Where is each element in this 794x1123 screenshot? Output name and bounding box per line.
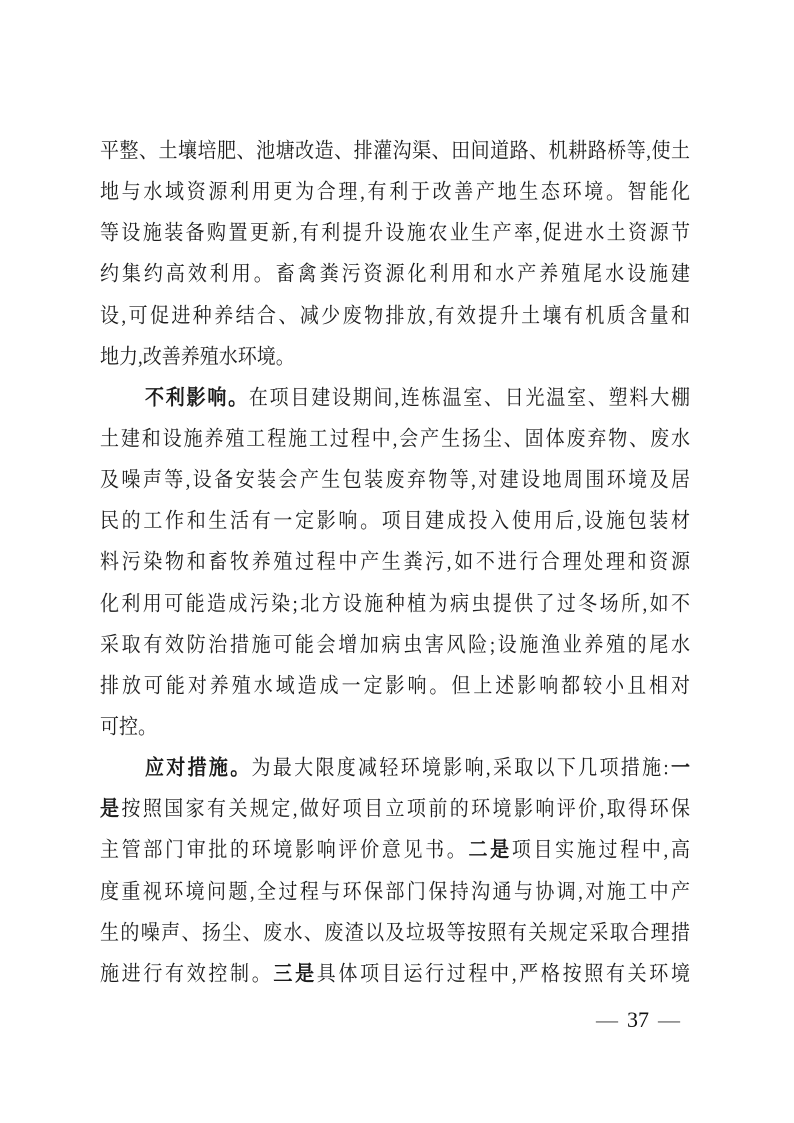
bold-text-segment: 是: [100, 798, 121, 822]
bold-text-segment: 不利影响。: [145, 387, 249, 411]
text-line: 民的工作和生活有一定影响。项目建成投入使用后,设施包装材: [100, 499, 690, 545]
text-line: 等设施装备购置更新,有利提升设施农业生产率,促进水土资源节: [100, 211, 690, 257]
footer-dash-left: —: [596, 1009, 618, 1031]
text-segment: 民的工作和生活有一定影响。项目建成投入使用后,设施包装材: [100, 510, 690, 534]
text-segment: 在项目建设期间,连栋温室、日光温室、塑料大棚: [249, 387, 690, 411]
text-line: 地与水域资源利用更为合理,有利于改善产地生态环境。智能化: [100, 170, 690, 216]
text-line: 生的噪声、扬尘、废水、废渣以及垃圾等按照有关规定采取合理措: [100, 910, 690, 956]
text-line: 应对措施。为最大限度减轻环境影响,采取以下几项措施:一: [100, 746, 690, 792]
text-line: 及噪声等,设备安装会产生包装废弃物等,对建设地周围环境及居: [100, 458, 690, 504]
text-segment: 按照国家有关规定,做好项目立项前的环境影响评价,取得环保: [121, 798, 690, 822]
text-line: 设,可促进种养结合、减少废物排放,有效提升土壤有机质含量和: [100, 293, 690, 339]
text-segment: 平整、土壤培肥、池塘改造、排灌沟渠、田间道路、机耕路桥等,使土: [100, 140, 690, 164]
text-segment: 化利用可能造成污染;北方设施种植为病虫提供了过冬场所,如不: [100, 592, 690, 616]
text-segment: 约集约高效利用。畜禽粪污资源化利用和水产养殖尾水设施建: [100, 263, 690, 287]
bold-text-segment: 二是: [468, 839, 511, 863]
paragraph: 不利影响。在项目建设期间,连栋温室、日光温室、塑料大棚土建和设施养殖工程施工过程…: [100, 378, 690, 748]
text-segment: 施进行有效控制。: [100, 963, 273, 987]
document-page: 平整、土壤培肥、池塘改造、排灌沟渠、田间道路、机耕路桥等,使土地与水域资源利用更…: [0, 0, 794, 1123]
bold-text-segment: 三是: [273, 963, 316, 987]
text-line: 化利用可能造成污染;北方设施种植为病虫提供了过冬场所,如不: [100, 581, 690, 627]
text-line: 地力,改善养殖水环境。: [100, 334, 690, 380]
text-line: 排放可能对养殖水域造成一定影响。但上述影响都较小且相对: [100, 663, 690, 709]
text-line: 不利影响。在项目建设期间,连栋温室、日光温室、塑料大棚: [100, 375, 690, 421]
text-segment: 度重视环境问题,全过程与环保部门保持沟通与协调,对施工中产: [100, 880, 690, 904]
text-line: 平整、土壤培肥、池塘改造、排灌沟渠、田间道路、机耕路桥等,使土: [100, 129, 690, 175]
footer-dash-right: —: [658, 1009, 680, 1031]
text-line: 施进行有效控制。三是具体项目运行过程中,严格按照有关环境: [100, 951, 690, 997]
text-segment: 土建和设施养殖工程施工过程中,会产生扬尘、固体废弃物、废水: [100, 428, 690, 452]
text-segment: 生的噪声、扬尘、废水、废渣以及垃圾等按照有关规定采取合理措: [100, 921, 690, 945]
text-line: 土建和设施养殖工程施工过程中,会产生扬尘、固体废弃物、废水: [100, 417, 690, 463]
text-line: 约集约高效利用。畜禽粪污资源化利用和水产养殖尾水设施建: [100, 252, 690, 298]
bold-text-segment: 一: [669, 757, 690, 781]
text-segment: 地力,改善养殖水环境。: [100, 345, 295, 369]
text-segment: 具体项目运行过程中,严格按照有关环境: [317, 963, 690, 987]
bold-text-segment: 应对措施。: [145, 757, 252, 781]
body-text-block: 平整、土壤培肥、池塘改造、排灌沟渠、田间道路、机耕路桥等,使土地与水域资源利用更…: [100, 131, 690, 995]
page-number: 37: [627, 1007, 649, 1033]
text-line: 是按照国家有关规定,做好项目立项前的环境影响评价,取得环保: [100, 787, 690, 833]
text-segment: 料污染物和畜牧养殖过程中产生粪污,如不进行合理处理和资源: [100, 551, 690, 575]
text-segment: 项目实施过程中,高: [512, 839, 690, 863]
text-segment: 主管部门审批的环境影响评价意见书。: [100, 839, 468, 863]
paragraph: 平整、土壤培肥、池塘改造、排灌沟渠、田间道路、机耕路桥等,使土地与水域资源利用更…: [100, 131, 690, 378]
text-segment: 采取有效防治措施可能会增加病虫害风险;设施渔业养殖的尾水: [100, 633, 690, 657]
text-segment: 及噪声等,设备安装会产生包装废弃物等,对建设地周围环境及居: [100, 469, 690, 493]
paragraph: 应对措施。为最大限度减轻环境影响,采取以下几项措施:一是按照国家有关规定,做好项…: [100, 748, 690, 995]
text-segment: 为最大限度减轻环境影响,采取以下几项措施:: [252, 757, 669, 781]
text-segment: 设,可促进种养结合、减少废物排放,有效提升土壤有机质含量和: [100, 304, 690, 328]
page-footer: — 37 —: [596, 1007, 680, 1033]
text-line: 料污染物和畜牧养殖过程中产生粪污,如不进行合理处理和资源: [100, 540, 690, 586]
text-line: 度重视环境问题,全过程与环保部门保持沟通与协调,对施工中产: [100, 869, 690, 915]
text-line: 主管部门审批的环境影响评价意见书。二是项目实施过程中,高: [100, 828, 690, 874]
text-segment: 地与水域资源利用更为合理,有利于改善产地生态环境。智能化: [100, 181, 690, 205]
text-segment: 排放可能对养殖水域造成一定影响。但上述影响都较小且相对: [100, 675, 690, 699]
text-line: 可控。: [100, 705, 690, 751]
text-segment: 等设施装备购置更新,有利提升设施农业生产率,促进水土资源节: [100, 222, 690, 246]
text-line: 采取有效防治措施可能会增加病虫害风险;设施渔业养殖的尾水: [100, 622, 690, 668]
text-segment: 可控。: [100, 716, 157, 740]
